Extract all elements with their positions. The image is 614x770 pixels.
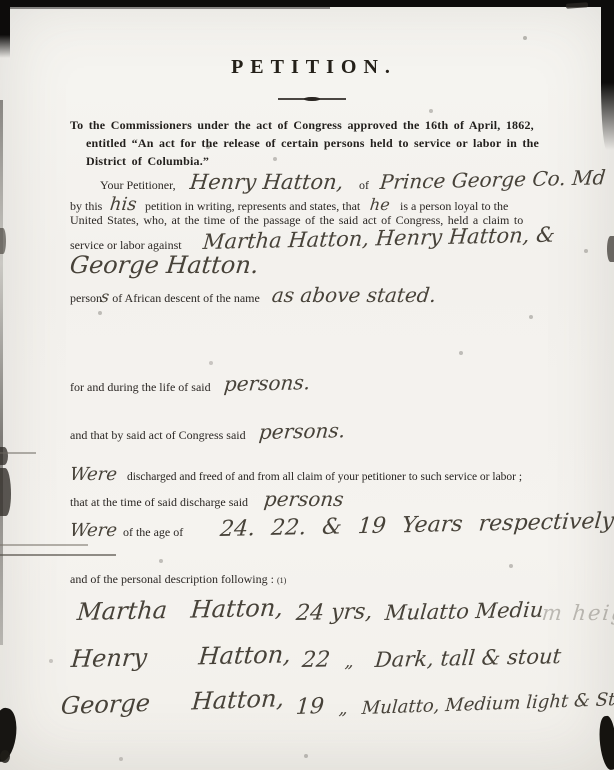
congress-value-handwriting: persons. bbox=[258, 418, 346, 444]
scan-streak-left bbox=[0, 100, 3, 645]
scan-blob-bottom-right bbox=[597, 715, 614, 770]
petitioner-row: Your Petitioner, Henry Hatton, of Prince… bbox=[100, 170, 604, 194]
life-clause: for and during the life of said bbox=[70, 380, 211, 395]
discharged-row: Were discharged and freed of and from al… bbox=[70, 464, 522, 485]
martha-name-handwriting: Martha Hatton, bbox=[76, 594, 284, 626]
description-entry-martha: Martha Hatton, 24 yrs, Mulatto Mediu m h… bbox=[76, 598, 614, 626]
scan-blob-left-2 bbox=[0, 447, 8, 465]
by-this-label: by this bbox=[70, 199, 102, 214]
martha-desc-handwriting: Mulatto Mediu bbox=[384, 598, 544, 625]
scan-edge-top-shadow bbox=[0, 7, 330, 9]
scan-crease-line-2 bbox=[0, 544, 88, 546]
person-word: person bbox=[70, 291, 102, 306]
claim-names-handwriting-2: George Hatton. bbox=[69, 251, 261, 279]
scan-crease-line-3 bbox=[0, 554, 116, 556]
he-handwriting: he bbox=[369, 195, 391, 214]
henry-ditto-mark: „ bbox=[344, 652, 355, 672]
of-label: of bbox=[359, 178, 369, 193]
petitioner-name-handwriting: Henry Hatton, bbox=[188, 170, 344, 194]
your-petitioner-label: Your Petitioner, bbox=[100, 178, 176, 193]
discharge-time-row: that at the time of said discharge said … bbox=[70, 487, 344, 511]
scanned-petition-page: PETITION. To the Commissioners under the… bbox=[0, 0, 614, 770]
divider-diamond bbox=[304, 97, 320, 102]
henry-name-handwriting: Henry Hatton, bbox=[70, 640, 292, 673]
martha-age-handwriting: 24 yrs, bbox=[295, 599, 373, 626]
scan-blob-right bbox=[607, 236, 614, 262]
scan-edge-top-left bbox=[0, 0, 10, 58]
george-name-handwriting: George Hatton, bbox=[60, 684, 285, 720]
scan-blob-left-3 bbox=[0, 468, 11, 516]
henry-desc-handwriting: Dark, tall & stout bbox=[374, 644, 562, 672]
life-value-handwriting: persons. bbox=[223, 370, 311, 396]
name-value-handwriting: as above stated. bbox=[271, 283, 438, 307]
scan-crease-line-1 bbox=[0, 452, 36, 454]
title-divider-ornament bbox=[278, 96, 346, 102]
loyal-clause: is a person loyal to the bbox=[400, 199, 508, 214]
age-row: Were of the age of 24. 22. & 19 Years re… bbox=[70, 517, 612, 542]
states-clause: petition in writing, represents and stat… bbox=[145, 199, 360, 214]
description-label-row: and of the personal description followin… bbox=[70, 572, 286, 587]
addressee-line-1: To the Commissioners under the act of Co… bbox=[70, 118, 534, 133]
page-title: PETITION. bbox=[14, 56, 614, 79]
scan-blob-left-1 bbox=[0, 228, 6, 254]
description-entry-george: George Hatton, 19 „ Mulatto, Medium ligh… bbox=[60, 692, 614, 720]
age-clause: of the age of bbox=[123, 525, 183, 540]
discharged-clause: discharged and freed of and from all cla… bbox=[127, 471, 522, 483]
discharge-value-handwriting: persons bbox=[263, 487, 345, 511]
inserted-s-handwriting: s bbox=[100, 287, 110, 306]
discharge-time-clause: that at the time of said discharge said bbox=[70, 495, 248, 510]
were-handwriting-1: Were bbox=[69, 464, 118, 485]
congress-row: and that by said act of Congress said pe… bbox=[70, 420, 344, 444]
descent-clause: of African descent of the name bbox=[112, 291, 260, 306]
scan-speckles bbox=[0, 0, 2, 2]
his-handwriting: his bbox=[109, 194, 138, 215]
george-age-handwriting: 19 bbox=[295, 694, 325, 720]
description-clause: and of the personal description followin… bbox=[70, 572, 274, 587]
were-handwriting-2: Were bbox=[69, 520, 118, 541]
claim-names-row-2: George Hatton. bbox=[70, 251, 259, 279]
henry-age-handwriting: 22 bbox=[301, 647, 331, 673]
scan-blob-bottom-left-2 bbox=[0, 750, 10, 763]
life-row: for and during the life of said persons. bbox=[70, 372, 309, 396]
person-descent-row: person s of African descent of the name … bbox=[70, 283, 436, 307]
addressee-line-2: entitled “An act for the release of cert… bbox=[86, 136, 539, 151]
footnote-marker: (1) bbox=[277, 576, 286, 585]
george-desc-handwriting: Mulatto, Medium light & Stout bbox=[361, 688, 614, 719]
addressee-line-3: District of Columbia.” bbox=[86, 154, 209, 169]
george-ditto-mark: „ bbox=[338, 699, 349, 719]
description-entry-henry: Henry Hatton, 22 „ Dark, tall & stout bbox=[70, 645, 560, 673]
scan-edge-top bbox=[0, 0, 614, 7]
martha-desc-faded-handwriting: m heig bbox=[541, 601, 614, 625]
by-this-row: by this his petition in writing, represe… bbox=[70, 194, 508, 215]
scan-mark-top-right bbox=[566, 2, 588, 9]
congress-clause: and that by said act of Congress said bbox=[70, 428, 246, 443]
ages-value-handwriting: 24. 22. & 19 Years respectively bbox=[219, 509, 614, 542]
petitioner-residence-handwriting: Prince George Co. Md bbox=[379, 165, 607, 194]
